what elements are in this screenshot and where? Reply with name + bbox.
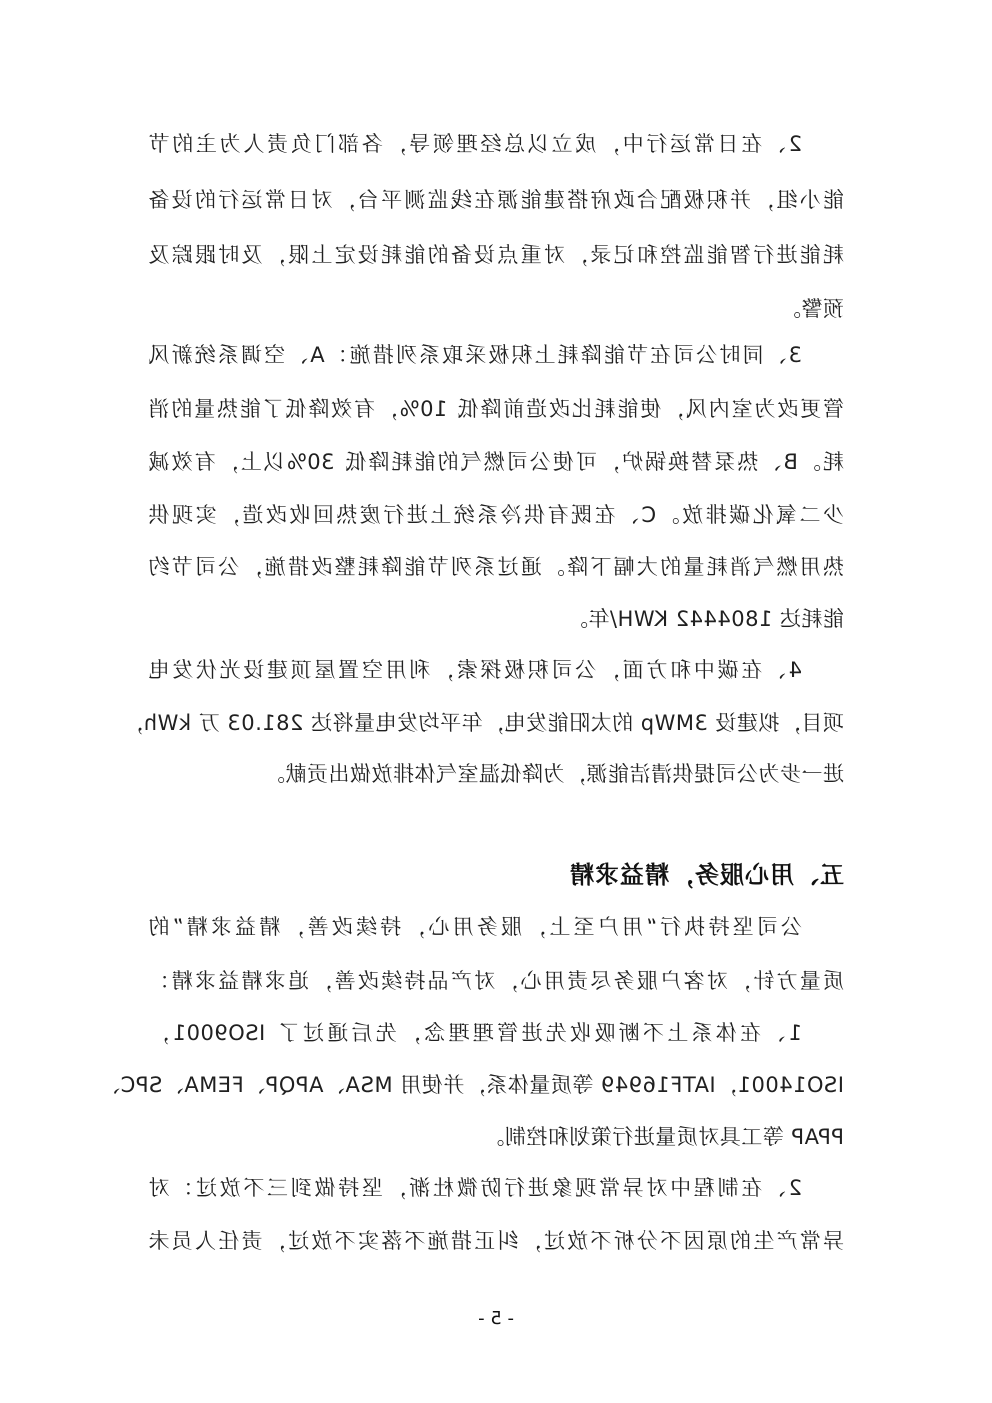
paragraph-line: 公司坚持执行“用户至上，服务用心，持续改善，精益求精”的	[148, 912, 844, 942]
paragraph-line: 进一步为公司提供清洁能源，为降低温室气体排放做出贡献。	[148, 759, 844, 789]
paragraph-line: 能耗达 1804442 KWH/年。	[148, 604, 844, 634]
paragraph-line: 能小组，并积极配合政府搭建能源在线监测平台，对日常运行的设备	[148, 185, 844, 215]
paragraph-line: 质量方针，对客户服务尽责用心，对产品持续改善，追求精益求精：	[148, 966, 844, 996]
paragraph-line: 异常产生的原因不分析不放过，纠正措施不落实不放过，责任人员未	[148, 1226, 844, 1256]
paragraph-line: 热用燃气消耗量的大幅下降。通过系列节能降耗整改措施，公司节约	[148, 552, 844, 582]
paragraph-line: 2、在制程中对异常现象进行防微杜渐，坚持做到三不放过：对	[148, 1173, 844, 1203]
paragraph-line: 3、同时公司在节能降耗上积极采取系列措施：A、空调系统新风	[148, 340, 844, 370]
paragraph-line: PPAP 等工具对质量进行策划和控制。	[148, 1122, 844, 1152]
paragraph-line: 项目，拟建设 3MWp 的太阳能发电，年平均发电量将达 281.03 万 kWh…	[148, 708, 844, 738]
paragraph-line: 耗。B、热泵替换锅炉，可使公司燃气的能耗降低 30%以上，有效减	[148, 447, 844, 477]
paragraph-line: ISO14001，IATF16949 等质量体系，并使用 MSA、APQP、FE…	[148, 1070, 844, 1100]
paragraph-line: 少二氧化碳排放。C、在既有供冷系统上进行废热回收改造，实现供	[148, 500, 844, 530]
paragraph-line: 耗能进行智能监控和记录，对重点设备的能耗设定上限，及时跟踪及	[148, 240, 844, 270]
document-page: 2、在日常运行中，成立以总经理领导，各部门负责人为主的节 能小组，并积极配合政府…	[0, 0, 992, 1403]
section-heading: 五、用心服务，精益求精	[569, 858, 844, 892]
paragraph-line: 管更改为室内风，使能耗比改造前降低 10%，有效降低了能热量的消	[148, 394, 844, 424]
paragraph-line: 4、在碳中和方面，公司积极探索，利用空置屋顶建设光伏发电	[148, 655, 844, 685]
paragraph-line: 预警。	[148, 294, 844, 324]
paragraph-line: 1、在体系上不断吸收先进管理理念，先后通过了 ISO9001，	[148, 1018, 844, 1048]
page-number: - 5 -	[0, 1308, 992, 1329]
paragraph-line: 2、在日常运行中，成立以总经理领导，各部门负责人为主的节	[148, 129, 844, 159]
